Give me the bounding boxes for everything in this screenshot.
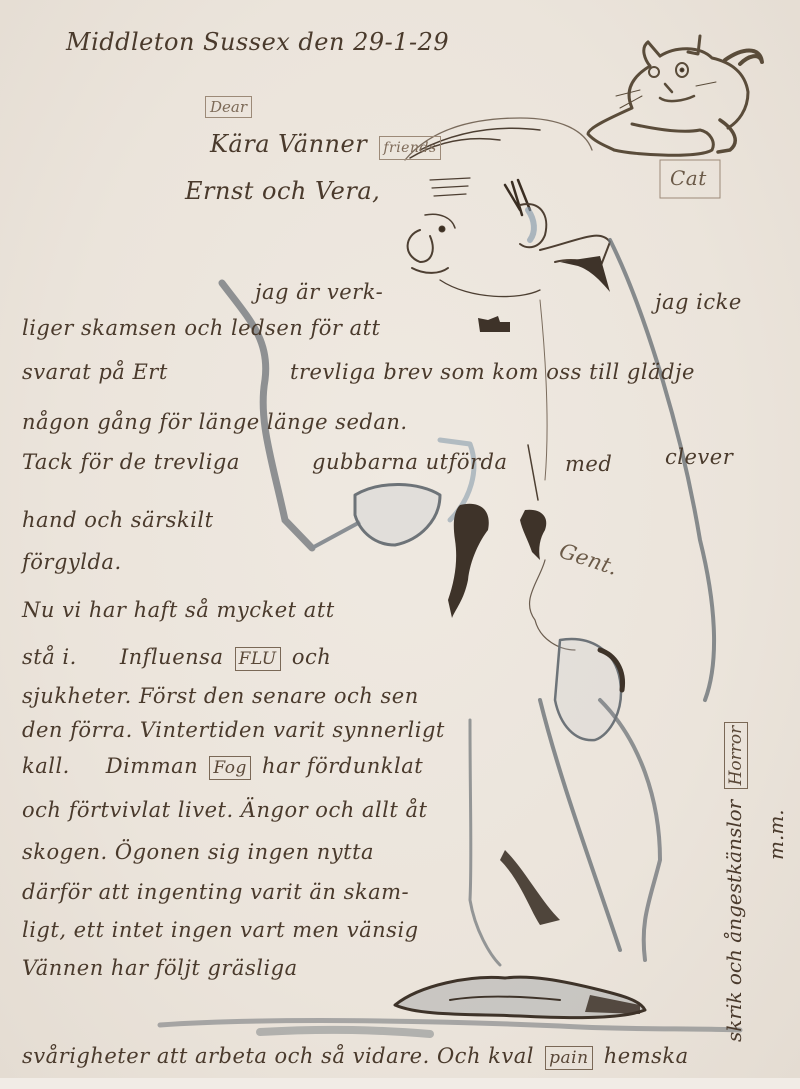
body-line: svarat på Ert <box>22 360 168 384</box>
annotation-horror: Horror <box>724 722 748 790</box>
body-text: har fördunklat <box>262 754 423 778</box>
body-text: kall. <box>22 754 70 778</box>
body-line: liger skamsen och ledsen för att <box>22 316 380 340</box>
body-line: ligt, ett intet ingen vart men vänsig <box>22 918 419 942</box>
cigarette-icon <box>312 522 360 548</box>
margin-text: skrik och ångestkänslor <box>722 800 746 1042</box>
body-line: därför att ingenting varit än skam- <box>22 880 409 904</box>
body-line: Nu vi har haft så mycket att <box>22 598 335 622</box>
body-line: jag är verk- <box>255 280 383 304</box>
body-text: hemska <box>604 1044 689 1068</box>
body-line: någon gång för länge länge sedan. <box>22 410 408 434</box>
body-text: svårigheter att arbeta och så vidare. Oc… <box>22 1044 534 1068</box>
annotation-dear: Dear <box>205 96 252 118</box>
body-line-flu: stå i. Influensa FLU och <box>22 645 331 671</box>
body-text: Dimman <box>106 754 198 778</box>
body-line: med <box>565 452 612 476</box>
body-line: Vännen har följt gräsliga <box>22 956 298 980</box>
body-line: den förra. Vintertiden varit synnerligt <box>22 718 445 742</box>
body-line: och förtvivlat livet. Ängor och allt åt <box>22 798 427 822</box>
body-text: Influensa <box>120 645 224 669</box>
body-line: Tack för de trevliga <box>22 450 240 474</box>
greeting-line: Kära Vänner friends <box>210 130 445 160</box>
annotation-friends: friends <box>379 136 440 160</box>
body-text: stå i. <box>22 645 77 669</box>
place-date-line: Middleton Sussex den 29-1-29 <box>66 28 449 56</box>
body-line: trevliga brev som kom oss till glädje <box>290 360 695 384</box>
body-line: jag icke <box>655 290 742 314</box>
cat-label: Cat <box>670 166 707 190</box>
annotation-flu: FLU <box>235 647 281 671</box>
body-line: sjukheter. Först den senare och sen <box>22 684 419 708</box>
body-line: skogen. Ögonen sig ingen nytta <box>22 840 374 864</box>
cat-drawing-icon <box>588 36 762 155</box>
margin-vertical-line-1: skrik och ångestkänslor Horror <box>722 718 748 1042</box>
body-line: förgylda. <box>22 550 122 574</box>
body-line: hand och särskilt <box>22 508 214 532</box>
greeting-text: Kära Vänner <box>210 130 367 158</box>
annotation-pain: pain <box>545 1046 592 1070</box>
body-text: och <box>292 645 331 669</box>
body-line: clever <box>665 445 733 469</box>
annotation-fog: Fog <box>209 756 250 780</box>
body-line-fog: kall. Dimman Fog har fördunklat <box>22 754 423 780</box>
body-line-final: svårigheter att arbeta och så vidare. Oc… <box>22 1044 689 1070</box>
body-line: gubbarna utförda <box>312 450 508 474</box>
margin-vertical-line-2: m.m. <box>764 809 788 860</box>
recipient-names: Ernst och Vera, <box>185 177 380 205</box>
